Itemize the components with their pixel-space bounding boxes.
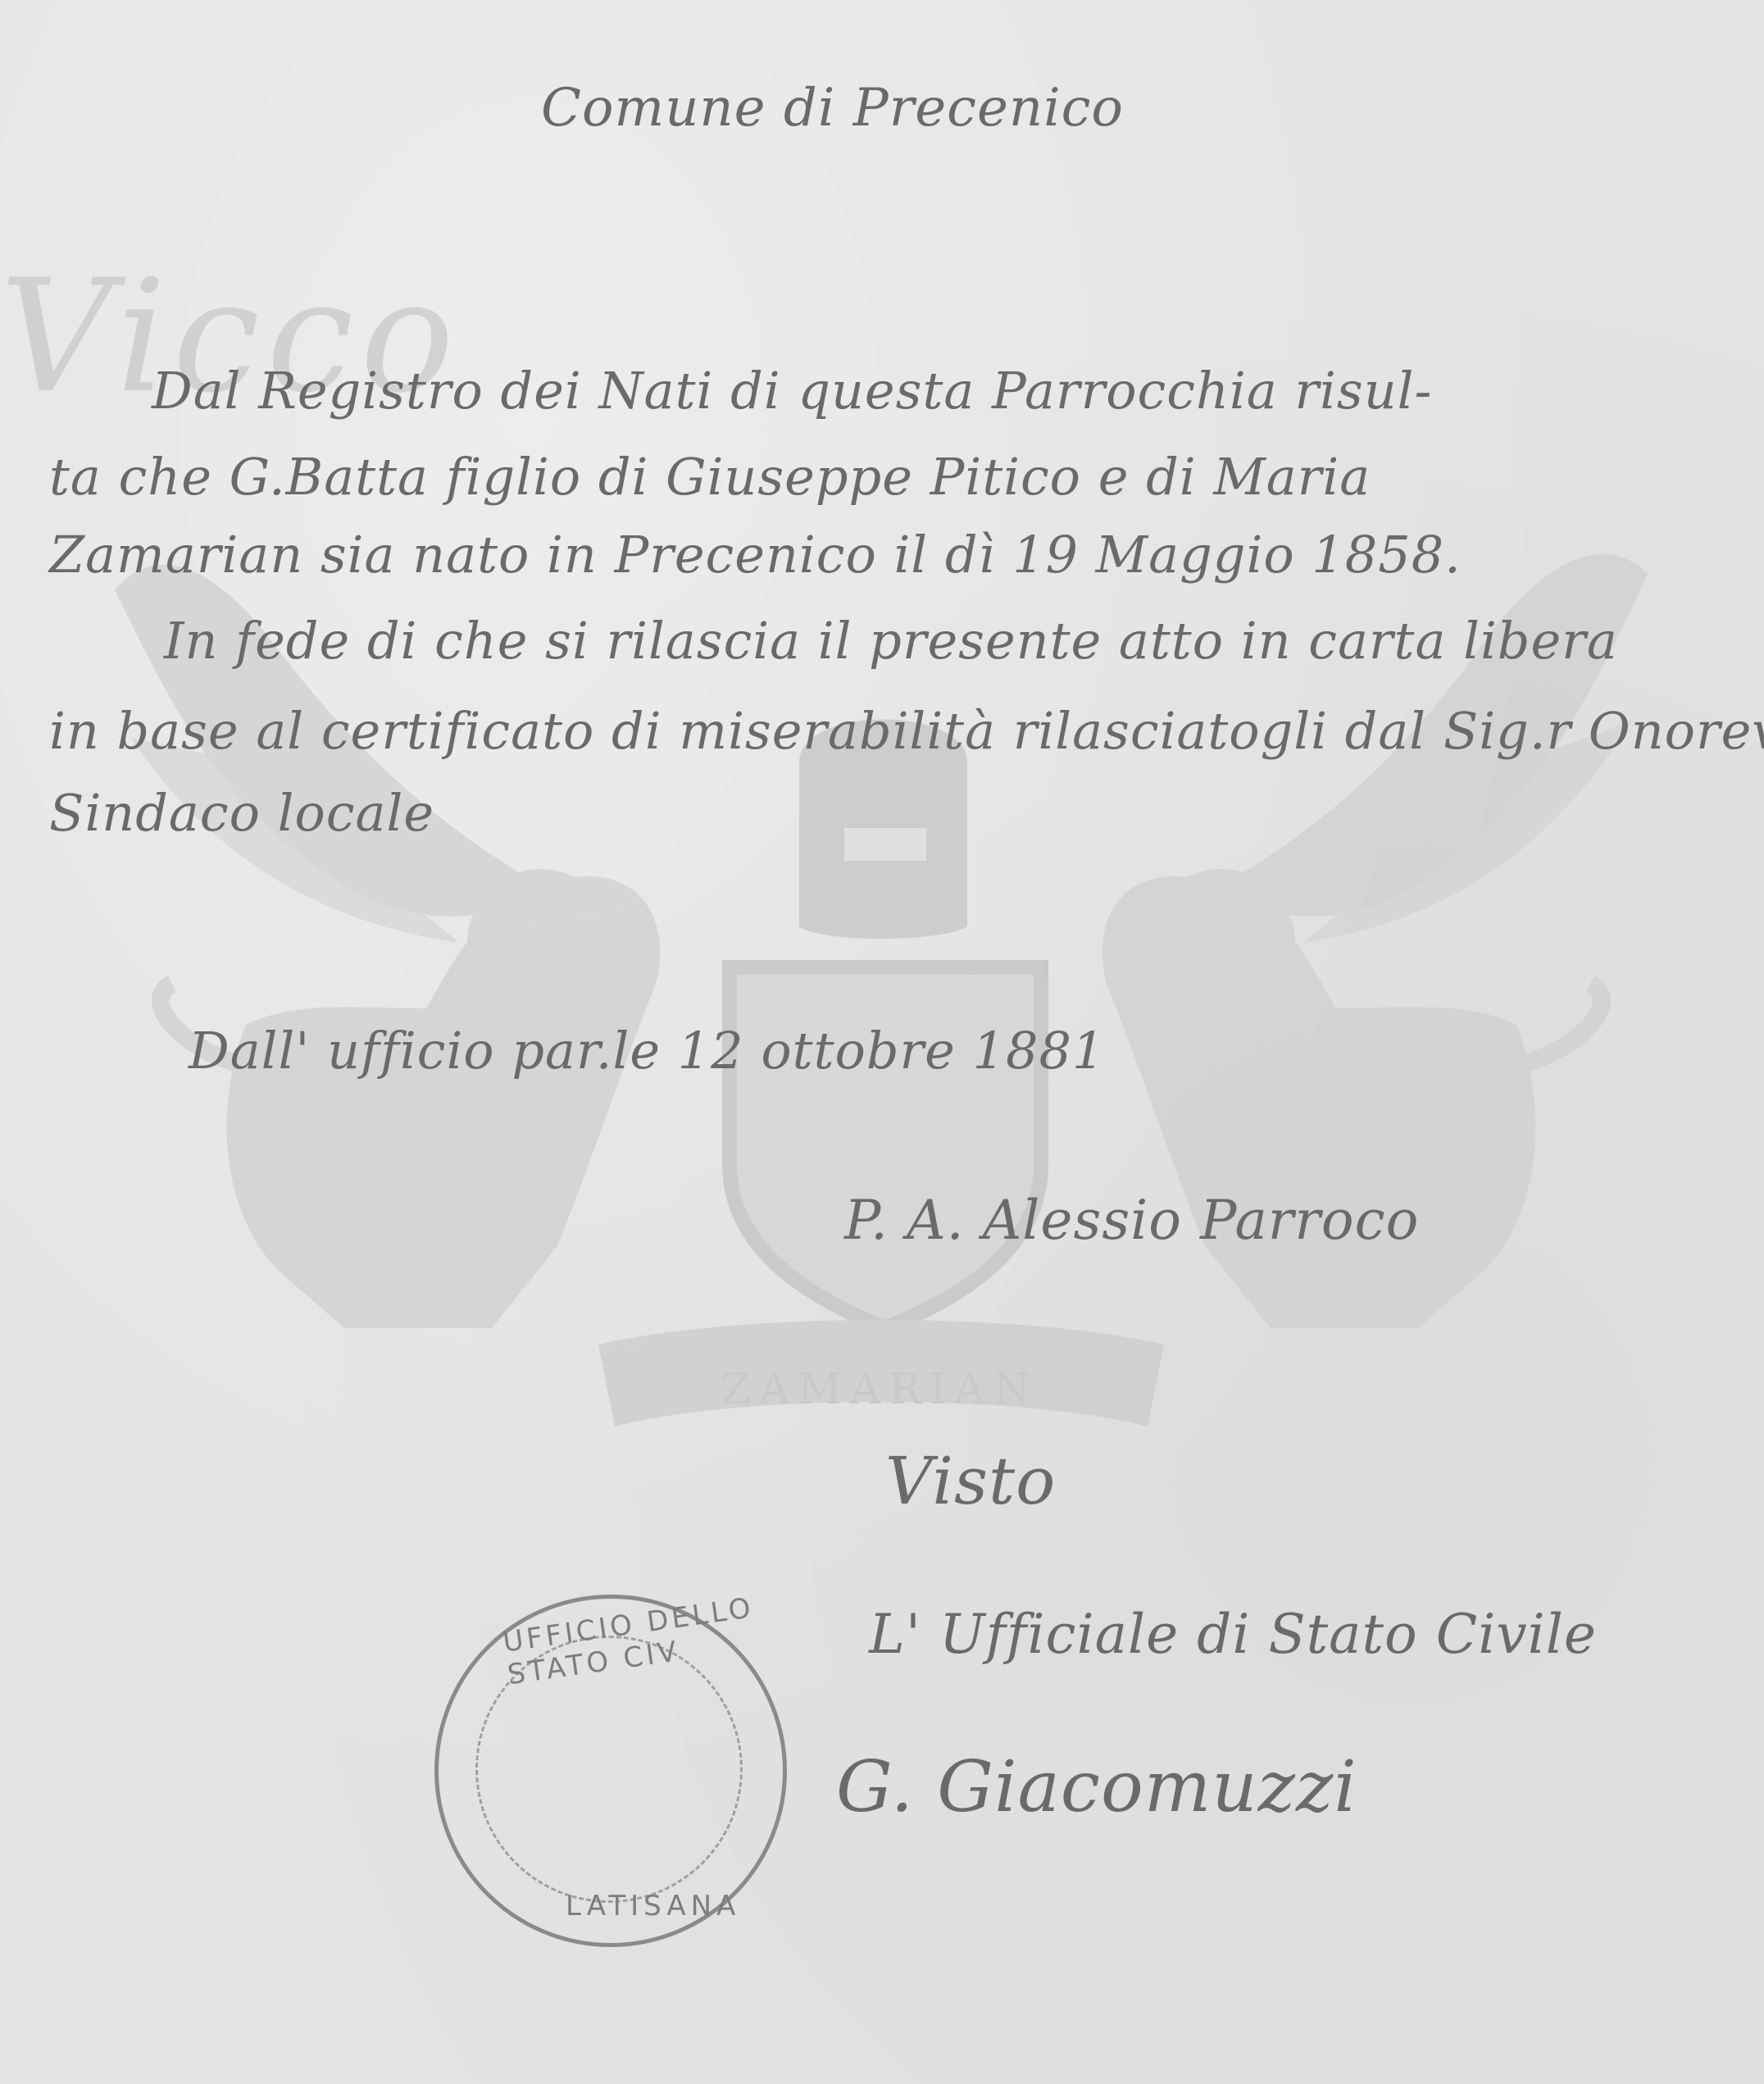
body-line-5: in base al certificato di miserabilità r… (49, 701, 1764, 761)
ribbon-banner-text: ZAMARIAN (721, 1365, 1039, 1414)
stamp-bottom-text: LATISANA (566, 1890, 740, 1922)
parish-priest-signature: P. A. Alessio Parroco (844, 1189, 1419, 1252)
body-line-4: In fede di che si rilascia il presente a… (164, 611, 1618, 671)
body-line-1: Dal Registro dei Nati di questa Parrocch… (152, 361, 1432, 421)
civil-officer-signature: G. Giacomuzzi (836, 1746, 1357, 1828)
document-page: Vicco ZAMARIAN Com (0, 0, 1764, 2084)
civil-state-stamp: UFFICIO DELLO STATO CIV LATISANA (434, 1595, 787, 1947)
civil-officer-title: L' Ufficiale di Stato Civile (869, 1603, 1597, 1666)
municipality-title: Comune di Precenico (541, 78, 1124, 139)
body-line-6: Sindaco locale (49, 783, 434, 843)
issue-date-line: Dall' ufficio par.le 12 ottobre 1881 (189, 1021, 1105, 1081)
visto-annotation: Visto (885, 1443, 1056, 1519)
body-line-2: ta che G.Batta figlio di Giuseppe Pitico… (49, 447, 1371, 507)
body-line-3: Zamarian sia nato in Precenico il dì 19 … (49, 525, 1462, 585)
